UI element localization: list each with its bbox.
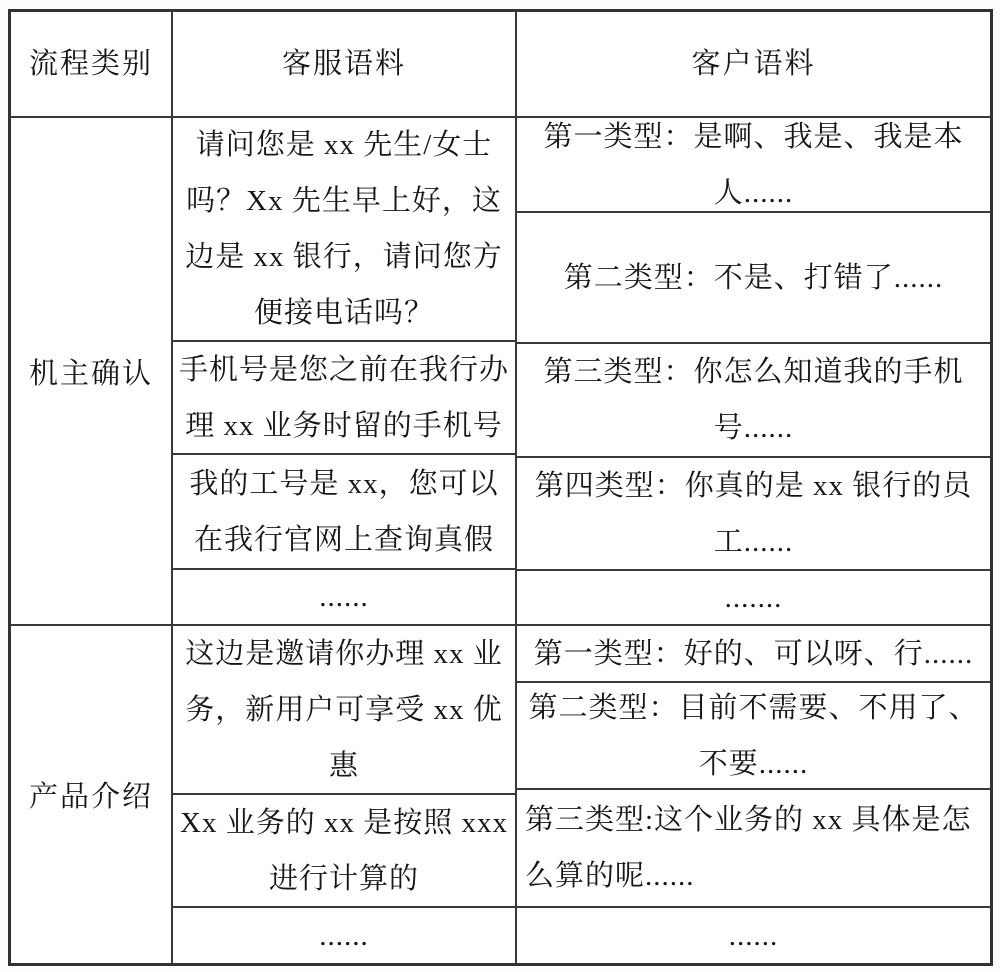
agent-utterance-cell: 我的工号是 xx，您可以在我行官网上查询真假	[173, 455, 515, 570]
section-product-introduction: 产品介绍 这边是邀请你办理 xx 业务，新用户可享受 xx 优惠 Xx 业务的 …	[11, 626, 990, 963]
customer-ellipsis-cell: ......	[517, 908, 990, 963]
agent-ellipsis-cell: ......	[173, 908, 515, 963]
dialogue-corpus-table: 流程类别 客服语料 客户语料 机主确认 请问您是 xx 先生/女士吗？Xx 先生…	[8, 9, 993, 966]
section-label: 产品介绍	[11, 626, 173, 963]
agent-utterance-cell: Xx 业务的 xx 是按照 xxx 进行计算的	[173, 795, 515, 908]
agent-corpus-column: 这边是邀请你办理 xx 业务，新用户可享受 xx 优惠 Xx 业务的 xx 是按…	[173, 626, 517, 963]
header-cell-customer-corpus: 客户语料	[517, 12, 990, 116]
customer-corpus-column: 第一类型：是啊、我是、我是本人...... 第二类型：不是、打错了...... …	[517, 118, 990, 624]
agent-utterance-cell: 手机号是您之前在我行办理 xx 业务时留的手机号	[173, 342, 515, 455]
section-owner-confirmation: 机主确认 请问您是 xx 先生/女士吗？Xx 先生早上好，这边是 xx 银行，请…	[11, 118, 990, 626]
customer-utterance-cell: 第一类型：好的、可以呀、行......	[517, 626, 990, 683]
agent-corpus-column: 请问您是 xx 先生/女士吗？Xx 先生早上好，这边是 xx 银行，请问您方便接…	[173, 118, 517, 624]
agent-utterance-cell: 这边是邀请你办理 xx 业务，新用户可享受 xx 优惠	[173, 626, 515, 795]
agent-ellipsis-cell: ......	[173, 570, 515, 624]
customer-corpus-column: 第一类型：好的、可以呀、行...... 第二类型：目前不需要、不用了、不要...…	[517, 626, 990, 963]
customer-utterance-cell: 第三类型:这个业务的 xx 具体是怎么算的呢......	[517, 790, 990, 908]
header-cell-process-category: 流程类别	[11, 12, 173, 116]
customer-utterance-cell: 第二类型：不是、打错了......	[517, 213, 990, 344]
header-cell-agent-corpus: 客服语料	[173, 12, 517, 116]
customer-utterance-cell: 第二类型：目前不需要、不用了、不要......	[517, 683, 990, 790]
customer-utterance-cell: 第一类型：是啊、我是、我是本人......	[517, 118, 990, 213]
section-label: 机主确认	[11, 118, 173, 624]
customer-utterance-cell: 第三类型：你怎么知道我的手机号......	[517, 344, 990, 458]
table-header-row: 流程类别 客服语料 客户语料	[11, 12, 990, 118]
scanned-document-page: 流程类别 客服语料 客户语料 机主确认 请问您是 xx 先生/女士吗？Xx 先生…	[0, 0, 1000, 972]
customer-utterance-cell: 第四类型：你真的是 xx 银行的员工......	[517, 458, 990, 571]
customer-ellipsis-cell: .......	[517, 571, 990, 624]
agent-utterance-cell: 请问您是 xx 先生/女士吗？Xx 先生早上好，这边是 xx 银行，请问您方便接…	[173, 118, 515, 342]
